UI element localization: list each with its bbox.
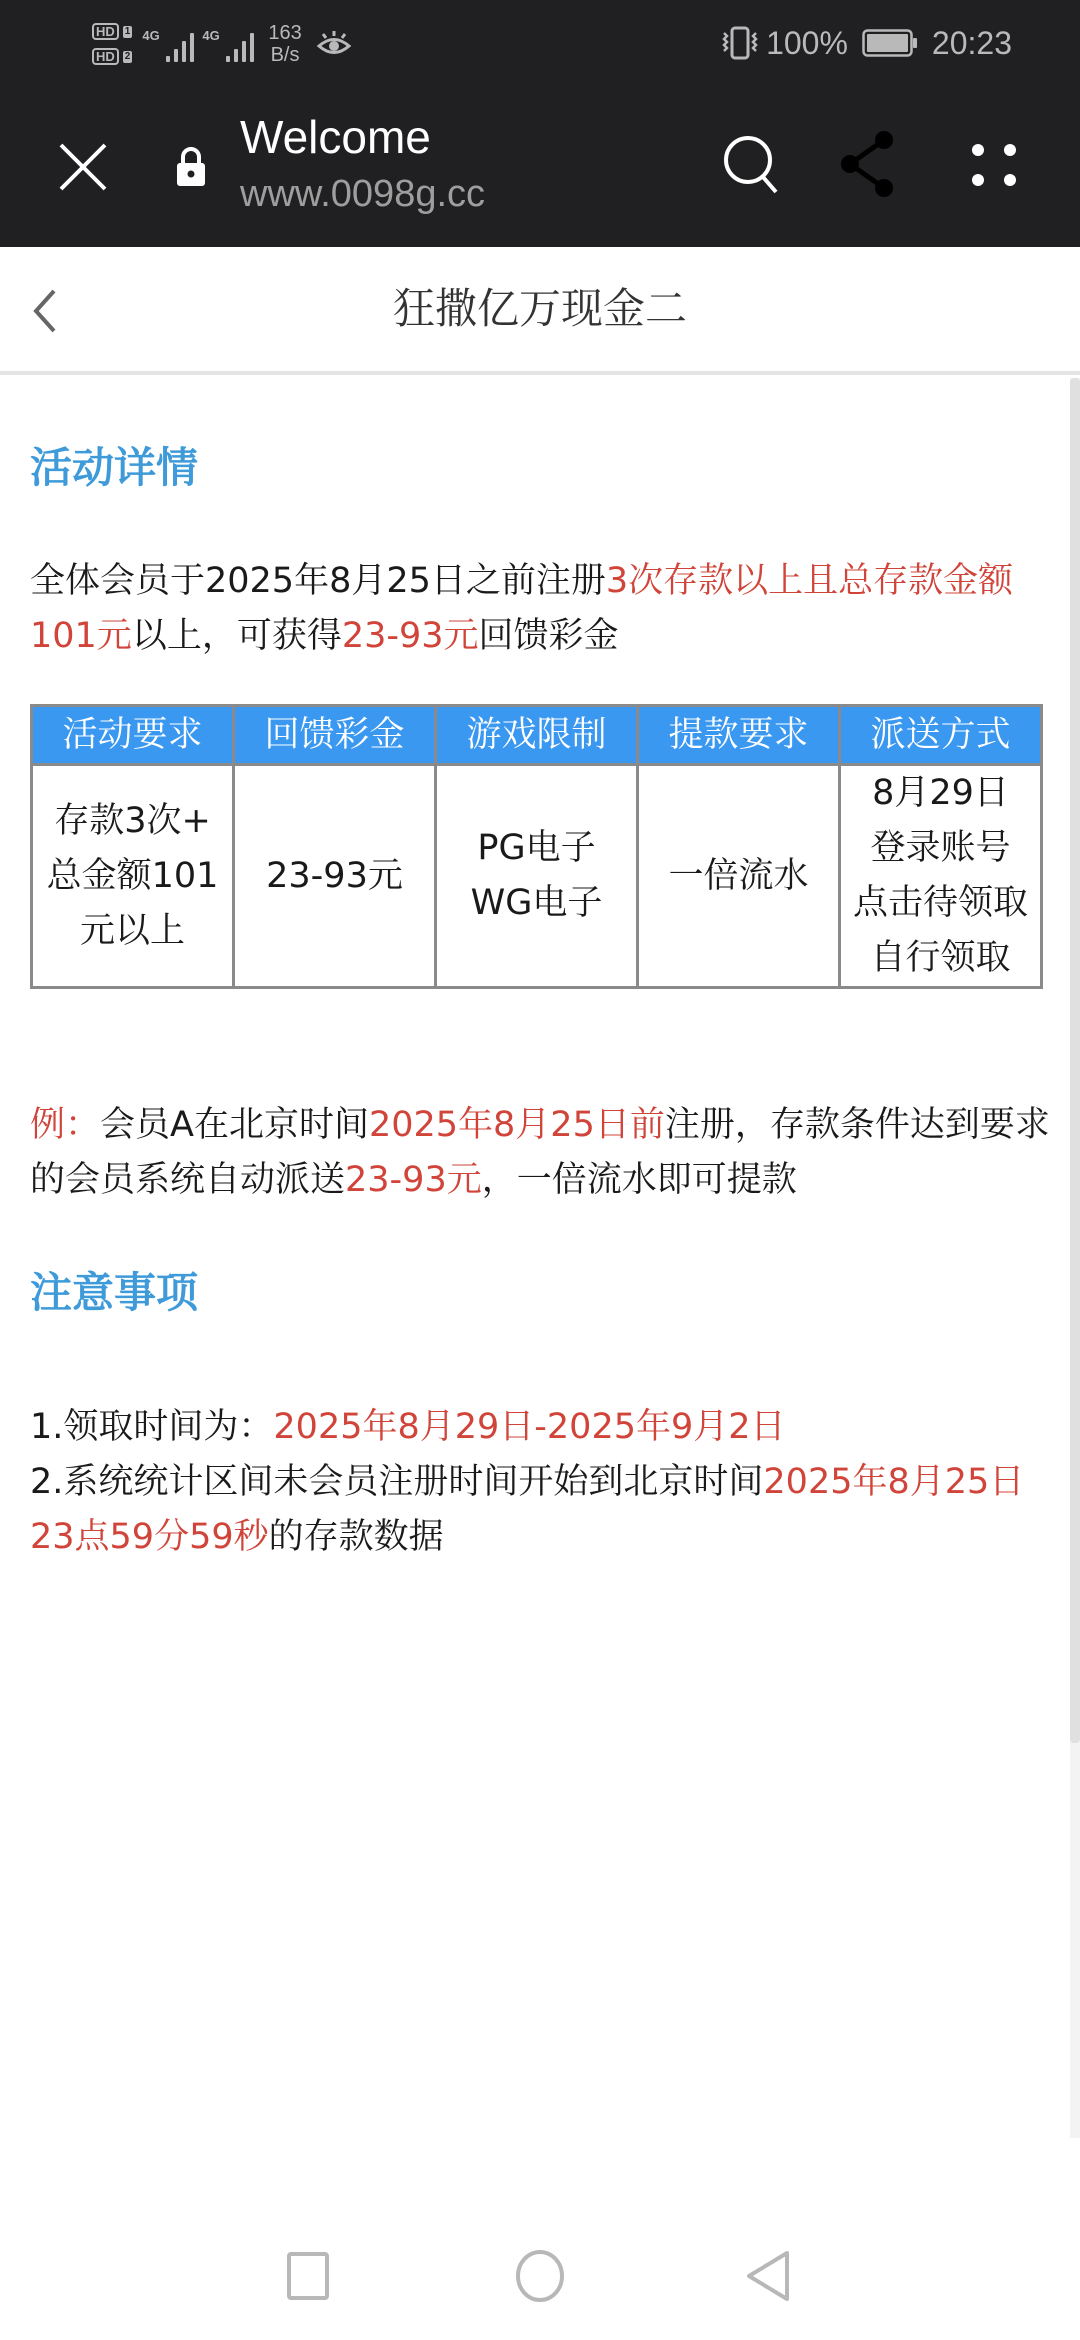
- hd-voice-badge-2: HD: [92, 48, 119, 65]
- table-header: 提款要求: [638, 706, 840, 765]
- cell-line: 自行领取: [841, 931, 1040, 986]
- example-highlight-1: 2025年8月25日前: [369, 1105, 665, 1145]
- table-row: 存款3次+ 总金额101 元以上 23-93元 PG电子 WG电子 一倍流水 8…: [32, 765, 1042, 988]
- cell-line: 一倍流水: [639, 849, 838, 904]
- note-item-2: 2.系统统计区间未会员注册时间开始到北京时间2025年8月25日23点59分59…: [30, 1455, 1050, 1565]
- home-circle-icon[interactable]: [514, 2248, 566, 2304]
- speed-value: 163: [268, 22, 301, 44]
- intro-text-1: 全体会员于2025年8月25日之前注册: [30, 561, 606, 601]
- table-header: 回馈彩金: [234, 706, 436, 765]
- intro-paragraph: 全体会员于2025年8月25日之前注册3次存款以上且总存款金额101元以上，可获…: [30, 554, 1050, 664]
- system-nav-bar: [0, 2196, 1080, 2340]
- cell-line: PG电子: [437, 821, 636, 876]
- note-2-suffix: 的存款数据: [269, 1517, 444, 1557]
- hd-voice-badge-1: HD: [92, 23, 119, 40]
- url-text[interactable]: www.0098g.cc: [240, 170, 485, 218]
- battery-icon: [862, 29, 918, 57]
- status-right: 100% 20:23: [720, 18, 1012, 68]
- table-cell-delivery: 8月29日 登录账号 点击待领取 自行领取: [840, 765, 1042, 988]
- note-1-highlight: 2025年8月29日-2025年9月2日: [273, 1407, 785, 1447]
- page-title-text[interactable]: Welcome: [240, 110, 431, 164]
- cell-line: 总金额101: [33, 849, 232, 904]
- table-header: 游戏限制: [436, 706, 638, 765]
- network-type-1: 4G: [142, 28, 159, 43]
- page-header: 狂撒亿万现金二: [0, 247, 1080, 375]
- more-icon[interactable]: [964, 136, 1026, 196]
- browser-toolbar: Welcome www.0098g.cc: [0, 86, 1080, 247]
- signal-icon-sim2: 4G: [202, 26, 254, 62]
- lock-icon: [174, 144, 208, 188]
- speed-unit: B/s: [271, 44, 300, 66]
- example-label: 例：: [30, 1105, 100, 1145]
- example-text-1: 会员A在北京时间: [100, 1105, 369, 1145]
- cell-line: 元以上: [33, 904, 232, 959]
- vibrate-icon: [720, 25, 760, 61]
- cell-line: 存款3次+: [33, 794, 232, 849]
- intro-text-2: 以上，可获得: [132, 616, 342, 656]
- scrollbar-thumb[interactable]: [1070, 378, 1080, 1743]
- page-title: 狂撒亿万现金二: [0, 279, 1080, 339]
- sim-2-label: 2: [123, 51, 133, 63]
- network-speed: 163 B/s: [268, 22, 301, 66]
- eye-comfort-icon: [316, 29, 352, 59]
- table-header-row: 活动要求 回馈彩金 游戏限制 提款要求 派送方式: [32, 706, 1042, 765]
- close-button[interactable]: [52, 136, 114, 198]
- table-header: 活动要求: [32, 706, 234, 765]
- promo-table: 活动要求 回馈彩金 游戏限制 提款要求 派送方式 存款3次+ 总金额101 元以…: [30, 704, 1043, 989]
- share-icon[interactable]: [834, 128, 900, 200]
- clock: 20:23: [932, 25, 1012, 62]
- example-text-3: ，一倍流水即可提款: [482, 1160, 797, 1200]
- signal-icon-sim1: 4G: [142, 26, 194, 62]
- cell-line: 23-93元: [235, 849, 434, 904]
- note-1-text: 1.领取时间为：: [30, 1407, 273, 1447]
- back-triangle-icon[interactable]: [745, 2248, 793, 2304]
- table-header: 派送方式: [840, 706, 1042, 765]
- sim-1-label: 1: [123, 26, 133, 38]
- note-item-1: 1.领取时间为：2025年8月29日-2025年9月2日: [30, 1400, 1050, 1455]
- status-left: HD 1 HD 2 4G 4G 163 B/s: [92, 14, 352, 74]
- example-paragraph: 例：会员A在北京时间2025年8月25日前注册，存款条件达到要求的会员系统自动派…: [30, 1098, 1050, 1208]
- cell-line: WG电子: [437, 876, 636, 931]
- search-icon[interactable]: [720, 130, 786, 202]
- cell-line: 点击待领取: [841, 876, 1040, 931]
- recents-square-icon[interactable]: [285, 2248, 333, 2304]
- intro-highlight-2: 23-93元: [342, 616, 479, 656]
- status-bar: HD 1 HD 2 4G 4G 163 B/s: [0, 0, 1080, 86]
- cell-line: 登录账号: [841, 821, 1040, 876]
- cell-line: 8月29日: [841, 766, 1040, 821]
- section-title-details: 活动详情: [30, 438, 198, 498]
- section-title-notes: 注意事项: [30, 1263, 198, 1323]
- table-cell-bonus: 23-93元: [234, 765, 436, 988]
- battery-percent: 100%: [766, 25, 848, 62]
- example-highlight-2: 23-93元: [345, 1160, 482, 1200]
- table-cell-withdrawal: 一倍流水: [638, 765, 840, 988]
- hd-voice-indicators: HD 1 HD 2: [92, 23, 132, 65]
- intro-text-3: 回馈彩金: [479, 616, 619, 656]
- table-cell-requirement: 存款3次+ 总金额101 元以上: [32, 765, 234, 988]
- network-type-2: 4G: [202, 28, 219, 43]
- note-2-text: 2.系统统计区间未会员注册时间开始到北京时间: [30, 1462, 763, 1502]
- table-cell-games: PG电子 WG电子: [436, 765, 638, 988]
- close-icon: [55, 139, 111, 195]
